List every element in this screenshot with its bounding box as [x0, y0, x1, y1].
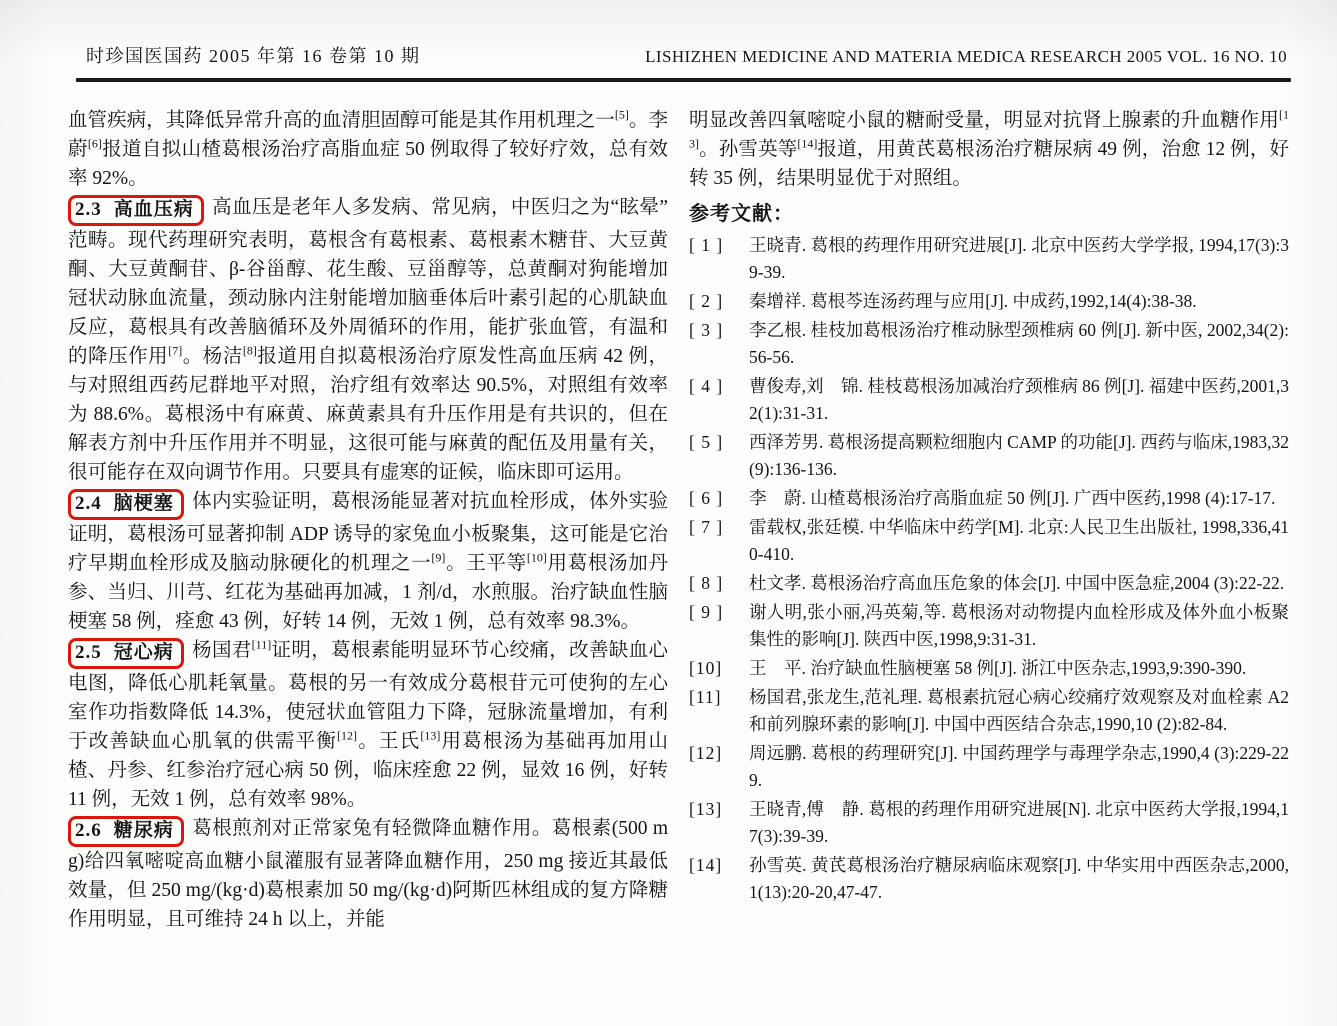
section-heading-redbox: 2.6糖尿病 [68, 816, 184, 847]
reference-citation: 秦增祥. 葛根芩连汤药理与应用[J]. 中成药,1992,14(4):38-38… [745, 288, 1289, 315]
journal-title-cn: 时珍国医国药 2005 年第 16 卷第 10 期 [86, 42, 421, 68]
reference-citation: 王晓青,傅 静. 葛根的药理作用研究进展[N]. 北京中医药大学报,1994,1… [745, 796, 1289, 850]
section-number: 2.5 [75, 642, 102, 663]
section-paragraph: 2.5冠心病杨国君[11]证明，葛根素能明显环节心绞痛，改善缺血心电图，降低心肌… [68, 636, 668, 814]
reference-citation: 曹俊寿,刘 锦. 桂枝葛根汤加减治疗颈椎病 86 例[J]. 福建中医药,200… [745, 373, 1289, 427]
section-paragraph: 2.3高血压病高血压是老年人多发病、常见病，中医归之为“眩晕”范畴。现代药理研究… [68, 193, 668, 487]
reference-item: [ 8 ] 杜文孝. 葛根汤治疗高血压危象的体会[J]. 中国中医急症,2004… [689, 570, 1289, 597]
section-title: 脑梗塞 [114, 493, 174, 514]
reference-citation: 李 蔚. 山楂葛根汤治疗高脂血症 50 例[J]. 广西中医药,1998 (4)… [745, 485, 1289, 512]
reference-number: [ 3 ] [689, 317, 745, 371]
reference-item: [ 1 ] 王晓青. 葛根的药理作用研究进展[J]. 北京中医药大学学报, 19… [689, 232, 1289, 286]
left-column: 血管疾病，其降低异常升高的血清胆固醇可能是其作用机理之一[5]。李蔚[6]报道自… [68, 106, 668, 934]
section-paragraph: 2.4脑梗塞体内实验证明，葛根汤能显著对抗血栓形成，体外实验证明，葛根汤可显著抑… [68, 487, 668, 636]
article-body: 血管疾病，其降低异常升高的血清胆固醇可能是其作用机理之一[5]。李蔚[6]报道自… [68, 106, 1291, 934]
reference-item: [ 7 ] 雷载权,张廷模. 中华临床中药学[M]. 北京:人民卫生出版社, 1… [689, 514, 1289, 568]
reference-citation: 王 平. 治疗缺血性脑梗塞 58 例[J]. 浙江中医杂志,1993,9:390… [745, 655, 1289, 682]
section-heading-redbox: 2.4脑梗塞 [68, 489, 184, 520]
reference-citation: 杜文孝. 葛根汤治疗高血压危象的体会[J]. 中国中医急症,2004 (3):2… [745, 570, 1289, 597]
reference-number: [10] [689, 655, 745, 682]
reference-number: [ 5 ] [689, 429, 745, 483]
section-title: 高血压病 [114, 199, 194, 220]
section-number: 2.3 [75, 199, 102, 220]
reference-citation: 李乙根. 桂枝加葛根汤治疗椎动脉型颈椎病 60 例[J]. 新中医, 2002,… [745, 317, 1289, 371]
reference-number: [ 4 ] [689, 373, 745, 427]
reference-number: [ 2 ] [689, 288, 745, 315]
reference-number: [ 8 ] [689, 570, 745, 597]
reference-item: [12] 周远鹏. 葛根的药理研究[J]. 中国药理学与毒理学杂志,1990,4… [689, 740, 1289, 794]
journal-page: 时珍国医国药 2005 年第 16 卷第 10 期 LISHIZHEN MEDI… [0, 0, 1337, 1026]
right-column: 明显改善四氧嘧啶小鼠的糖耐受量，明显对抗肾上腺素的升血糖作用[13]。孙雪英等[… [689, 106, 1289, 934]
paragraph-continued-from-previous-page: 血管疾病，其降低异常升高的血清胆固醇可能是其作用机理之一[5]。李蔚[6]报道自… [68, 106, 668, 193]
reference-number: [ 7 ] [689, 514, 745, 568]
reference-number: [ 9 ] [689, 599, 745, 653]
reference-citation: 孙雪英. 黄芪葛根汤治疗糖尿病临床观察[J]. 中华实用中西医杂志,2000,1… [745, 852, 1289, 906]
section-title: 糖尿病 [114, 820, 174, 841]
section-number: 2.4 [75, 493, 102, 514]
reference-number: [11] [689, 684, 745, 738]
reference-citation: 杨国君,张龙生,范礼理. 葛根素抗冠心病心绞痛疗效观察及对血栓素 A2 和前列腺… [745, 684, 1289, 738]
reference-item: [13] 王晓青,傅 静. 葛根的药理作用研究进展[N]. 北京中医药大学报,1… [689, 796, 1289, 850]
section-list: 2.3高血压病高血压是老年人多发病、常见病，中医归之为“眩晕”范畴。现代药理研究… [68, 193, 668, 934]
journal-title-en: LISHIZHEN MEDICINE AND MATERIA MEDICA RE… [645, 47, 1287, 67]
reference-citation: 王晓青. 葛根的药理作用研究进展[J]. 北京中医药大学学报, 1994,17(… [745, 232, 1289, 286]
page-header: 时珍国医国药 2005 年第 16 卷第 10 期 LISHIZHEN MEDI… [68, 36, 1291, 68]
section-paragraph: 2.6糖尿病葛根煎剂对正常家兔有轻微降血糖作用。葛根素(500 mg)给四氧嘧啶… [68, 814, 668, 934]
section-heading-redbox: 2.3高血压病 [68, 195, 204, 226]
reference-item: [ 4 ] 曹俊寿,刘 锦. 桂枝葛根汤加减治疗颈椎病 86 例[J]. 福建中… [689, 373, 1289, 427]
references-heading: 参考文献： [689, 197, 1289, 226]
reference-number: [ 6 ] [689, 485, 745, 512]
reference-item: [ 2 ] 秦增祥. 葛根芩连汤药理与应用[J]. 中成药,1992,14(4)… [689, 288, 1289, 315]
paragraph-continuation: 明显改善四氧嘧啶小鼠的糖耐受量，明显对抗肾上腺素的升血糖作用[13]。孙雪英等[… [689, 106, 1289, 193]
section-body-text: 高血压是老年人多发病、常见病，中医归之为“眩晕”范畴。现代药理研究表明，葛根含有… [68, 197, 668, 483]
reference-citation: 西泽芳男. 葛根汤提高颗粒细胞内 CAMP 的功能[J]. 西药与临床,1983… [745, 429, 1289, 483]
reference-item: [ 3 ] 李乙根. 桂枝加葛根汤治疗椎动脉型颈椎病 60 例[J]. 新中医,… [689, 317, 1289, 371]
reference-item: [11] 杨国君,张龙生,范礼理. 葛根素抗冠心病心绞痛疗效观察及对血栓素 A2… [689, 684, 1289, 738]
section-title: 冠心病 [114, 642, 174, 663]
reference-citation: 谢人明,张小丽,冯英菊,等. 葛根汤对动物提内血栓形成及体外血小板聚集性的影响[… [745, 599, 1289, 653]
reference-item: [ 5 ] 西泽芳男. 葛根汤提高颗粒细胞内 CAMP 的功能[J]. 西药与临… [689, 429, 1289, 483]
section-heading-redbox: 2.5冠心病 [68, 638, 184, 669]
reference-citation: 雷载权,张廷模. 中华临床中药学[M]. 北京:人民卫生出版社, 1998,33… [745, 514, 1289, 568]
references-list: [ 1 ] 王晓青. 葛根的药理作用研究进展[J]. 北京中医药大学学报, 19… [689, 232, 1289, 906]
reference-item: [10] 王 平. 治疗缺血性脑梗塞 58 例[J]. 浙江中医杂志,1993,… [689, 655, 1289, 682]
reference-number: [12] [689, 740, 745, 794]
reference-item: [ 6 ] 李 蔚. 山楂葛根汤治疗高脂血症 50 例[J]. 广西中医药,19… [689, 485, 1289, 512]
reference-citation: 周远鹏. 葛根的药理研究[J]. 中国药理学与毒理学杂志,1990,4 (3):… [745, 740, 1289, 794]
reference-item: [14] 孙雪英. 黄芪葛根汤治疗糖尿病临床观察[J]. 中华实用中西医杂志,2… [689, 852, 1289, 906]
reference-number: [ 1 ] [689, 232, 745, 286]
section-number: 2.6 [75, 820, 102, 841]
reference-number: [14] [689, 852, 745, 906]
reference-item: [ 9 ] 谢人明,张小丽,冯英菊,等. 葛根汤对动物提内血栓形成及体外血小板聚… [689, 599, 1289, 653]
reference-number: [13] [689, 796, 745, 850]
header-rule [76, 78, 1291, 82]
